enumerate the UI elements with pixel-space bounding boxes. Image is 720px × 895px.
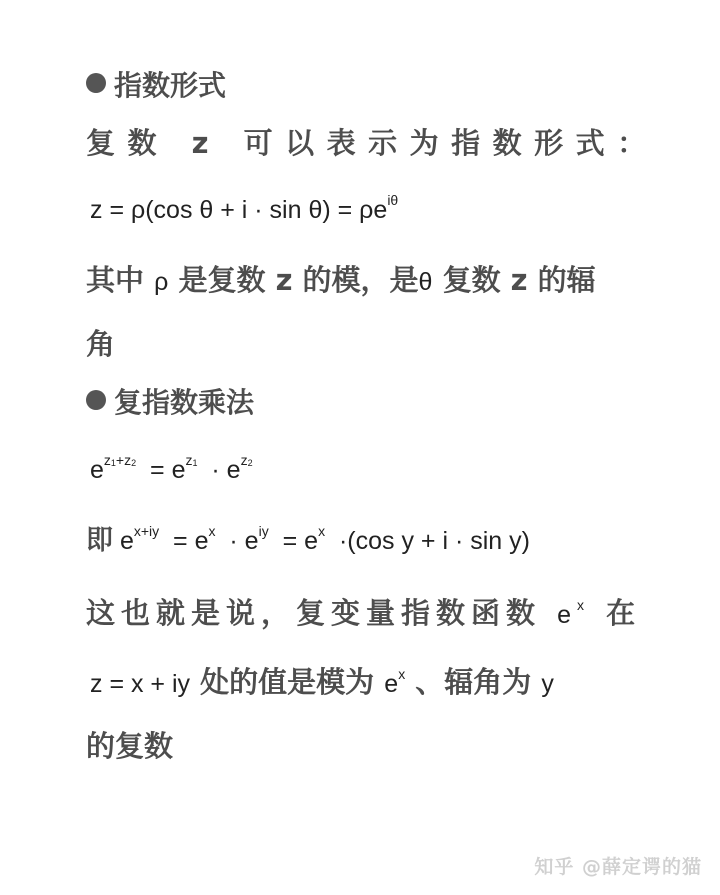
y-symbol: y [541,670,554,698]
explanation-line-1: 其中 ρ 是复数 z 的模，是θ 复数 z 的辐 [86,258,596,299]
f1-sub2: 2 [131,458,136,468]
conclusion-line-3: 的复数 [86,724,173,765]
conclusion-line-1: 这也就是说，复变量指数函数 ex 在 [86,591,641,632]
text-b: 在 [606,596,641,630]
f1-exp3: z2 [241,452,253,468]
f2-p4: = e [276,527,318,555]
f1-plus-z: +z [116,452,131,468]
f1-z3: z [241,452,248,468]
bullet-icon [86,390,106,410]
formula-main: z = ρ(cos θ + i · sin θ) = ρe [90,196,387,224]
f1-mid: = e [143,456,185,484]
formula-exponential-form: z = ρ(cos θ + i · sin θ) = ρeiθ [90,192,398,225]
rho-symbol: ρ [154,268,168,296]
f2-exp1: x+iy [134,523,159,539]
text-b: 是复数 z 的模，是 [178,263,418,297]
text-a: 处的值是模为 [200,665,374,699]
f2-p3: · e [222,527,258,555]
explanation-line-2: 角 [86,322,115,363]
e-symbol: e [384,670,398,698]
f1-e: e [90,456,104,484]
prefix-ji: 即 [86,525,113,556]
f2-exp2: x [209,523,216,539]
e-exponent: x [577,597,590,613]
formula-exp-multiplication: ez1+z2 = ez1 · ez2 [90,452,253,485]
formula-exponent: iθ [387,192,398,208]
e-exponent: x [398,666,405,682]
conclusion-line-2: z = x + iy 处的值是模为 ex 、辐角为 y [90,660,554,701]
section-heading-exponential-form: 指数形式 [86,64,226,104]
f1-sub3: 1 [192,458,197,468]
f1-exp2: z1 [185,452,197,468]
f2-p1: e [120,527,134,555]
f2-p5: ·(cos y + i · sin y) [332,527,530,555]
text-b: 、辐角为 [415,665,531,699]
f1-z: z [104,452,111,468]
text-a: 这也就是说，复变量指数函数 [86,596,541,630]
heading-text: 指数形式 [114,69,226,102]
intro-text: 复数 z 可以表示为指数形式： [86,121,659,162]
f1-sub4: 2 [248,458,253,468]
formula-euler-expansion: 即 ex+iy = ex · eiy = ex ·(cos y + i · si… [86,518,530,557]
f2-p2: = e [166,527,208,555]
f2-exp3: iy [259,523,269,539]
f1-dot: · e [204,456,240,484]
section-heading-complex-exp-multiplication: 复指数乘法 [86,381,254,421]
bullet-icon [86,73,106,93]
text-c: 复数 z 的辐 [443,263,596,297]
f2-exp4: x [318,523,325,539]
heading-text: 复指数乘法 [114,386,254,419]
e-symbol: e [557,601,577,629]
f1-exp1: z1+z2 [104,452,136,468]
text-a: 其中 [86,263,144,297]
watermark: 知乎 @薛定谔的猫 [534,852,702,879]
z-expression: z = x + iy [90,670,190,698]
theta-symbol: θ [419,268,433,296]
